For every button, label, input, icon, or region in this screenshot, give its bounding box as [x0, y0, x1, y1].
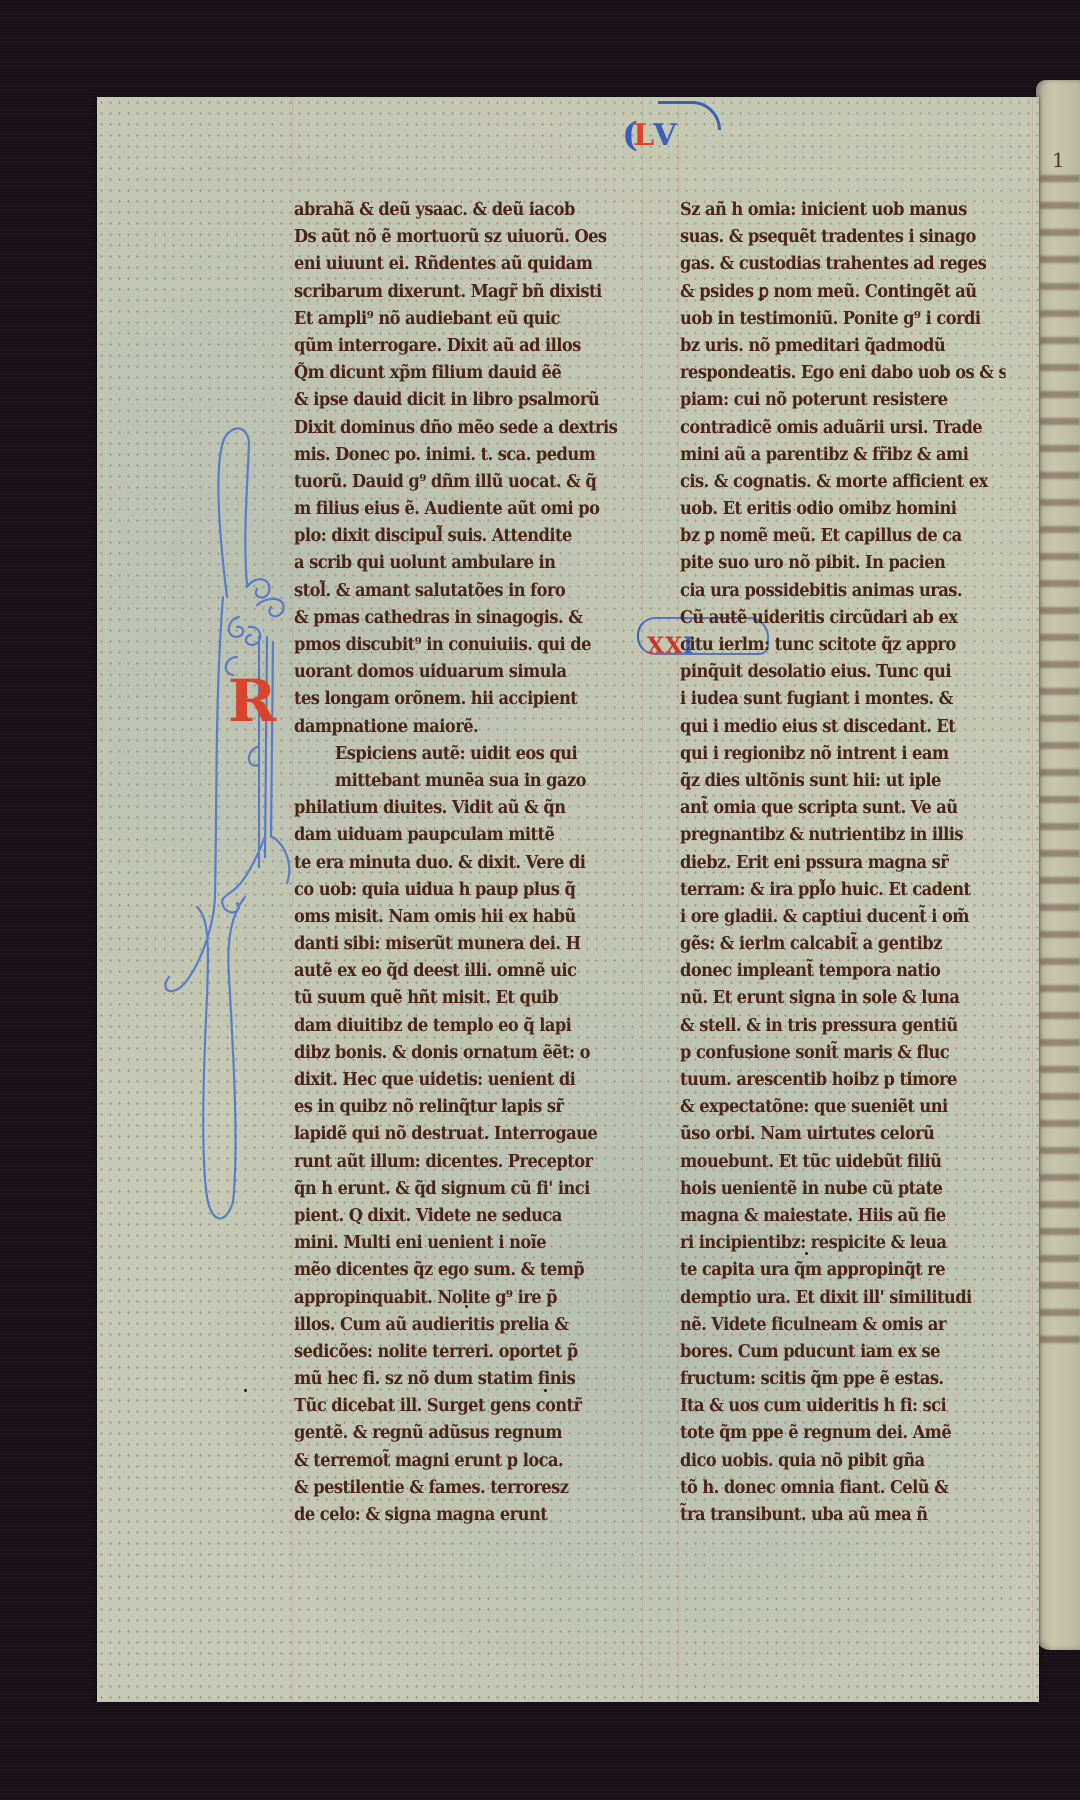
- text-line: abrahã & deũ ysaac. & deũ iacob: [294, 197, 620, 224]
- text-line: pregnantibz & nutrientibz in illis: [680, 822, 1006, 849]
- text-line: mẽo dicentes q̃z ego sum. & temp̃: [294, 1257, 620, 1284]
- manuscript-leaf: ( L V XXI R abrahã & deũ ysaac. & d: [97, 97, 1039, 1702]
- text-line: lapidẽ qui nõ destruat. Interrogaue: [294, 1121, 620, 1148]
- text-line: i iudea sunt fugiant i montes. &: [680, 686, 1006, 713]
- text-line: eni uiuunt ei. Rñdentes aũ quidam: [294, 251, 620, 278]
- text-line: mittebant munẽa sua in gazo: [294, 768, 620, 795]
- text-line: qũm interrogare. Dixit aũ ad illos: [294, 333, 620, 360]
- text-line: q̃z dies ultõnis sunt hii: ut iple: [680, 768, 1006, 795]
- text-line: philatium diuites. Vidit aũ & q̃n: [294, 795, 620, 822]
- text-line: Dixit dominus dño mẽo sede a dextris: [294, 415, 620, 442]
- text-line: m filius eius ẽ. Audiente aũt omi po: [294, 496, 620, 523]
- text-line: suas. & psequẽt tradentes i sinago: [680, 224, 1006, 251]
- text-line: qui i regionibz nõ intrent i eam: [680, 741, 1006, 768]
- text-line: te era minuta duo. & dixit. Vere di: [294, 850, 620, 877]
- text-line: Espiciens autẽ: uidit eos qui: [294, 741, 620, 768]
- text-line: dampnatione maiorẽ.: [294, 714, 620, 741]
- text-line: autẽ ex eo q̃d deest illi. omnẽ uic: [294, 958, 620, 985]
- chapter-number-xx: XX: [647, 633, 683, 659]
- text-line: mis. Donec po. inimi. t. sca. pedum: [294, 442, 620, 469]
- text-line: tũ suum quẽ hñt misit. Et quib: [294, 985, 620, 1012]
- flourish-icon: [658, 101, 721, 130]
- text-line: Cũ autẽ uideritis circũdari ab ex: [680, 605, 1006, 632]
- text-line: Ita & uos cum uideritis h fi: sci: [680, 1393, 1006, 1420]
- text-line: demptio ura. Et dixit ill' similitudi: [680, 1285, 1006, 1312]
- text-line: oms misit. Nam omis hii ex habũ: [294, 904, 620, 931]
- text-line: pmos discubit⁹ in conuiuiis. qui de: [294, 632, 620, 659]
- adjacent-leaf-edge: 1: [1036, 80, 1080, 1650]
- text-line: uorant domos uiduarum simula: [294, 659, 620, 686]
- text-line: tuum. arescentib hoibz p timore: [680, 1067, 1006, 1094]
- text-line: tes longam orõnem. hii accipient: [294, 686, 620, 713]
- text-line: co uob: quia uidua h paup plus q̃: [294, 877, 620, 904]
- ink-speck: [544, 1389, 547, 1392]
- text-line: dico uobis. quia nõ pibit gña: [680, 1448, 1006, 1475]
- text-line: pient. Q dixit. Videte ne seduca: [294, 1203, 620, 1230]
- ruling-line: [292, 97, 293, 1702]
- text-line: plo: dixit discipul̃ suis. Attendite: [294, 523, 620, 550]
- text-line: ri incipientibz: respicite & leua: [680, 1230, 1006, 1257]
- text-line: diebz. Erit eni pssura magna sr̃: [680, 850, 1006, 877]
- text-line: gas. & custodias trahentes ad reges: [680, 251, 1006, 278]
- text-line: Sz añ h omia: inicient uob manus: [680, 197, 1006, 224]
- text-line: mini. Multi eni uenient i noĩe: [294, 1230, 620, 1257]
- text-line: Ds aũt nõ ẽ mortuorũ sz uiuorũ. Oes: [294, 224, 620, 251]
- text-line: & terremot̃ magni erunt p loca.: [294, 1448, 620, 1475]
- text-line: dam uiduam paupculam mittẽ: [294, 822, 620, 849]
- text-line: bz ꝑ nomẽ meũ. Et capillus de ca: [680, 523, 1006, 550]
- text-line: bores. Cum pducunt iam ex se: [680, 1339, 1006, 1366]
- text-line: i ore gladii. & captiui ducent̃ i om̃: [680, 904, 1006, 931]
- text-line: & expectatõne: que sueniẽt uni: [680, 1094, 1006, 1121]
- text-line: ant̃ omia que scripta sunt. Ve aũ: [680, 795, 1006, 822]
- ink-speck: [805, 1252, 808, 1255]
- text-line: magna & maiestate. Hiis aũ fie: [680, 1203, 1006, 1230]
- ink-speck: [465, 1305, 468, 1308]
- text-line: danti sibi: miserũt munera dei. H: [294, 931, 620, 958]
- text-line: cia ura possidebitis animas uras.: [680, 578, 1006, 605]
- text-line: a scrib qui uolunt ambulare in: [294, 550, 620, 577]
- text-line: & pestilentie & fames. terroresz: [294, 1475, 620, 1502]
- ruling-line: [1032, 97, 1033, 1702]
- text-line: ũso orbi. Nam uirtutes celorũ: [680, 1121, 1006, 1148]
- text-line: illos. Cum aũ audieritis prelia &: [294, 1312, 620, 1339]
- ruling-line: [678, 97, 679, 1702]
- text-line: nẽ. Videte ficulneam & omis ar: [680, 1312, 1006, 1339]
- text-line: uob. Et eritis odio omibz homini: [680, 496, 1006, 523]
- text-line: mini aũ a parentibz & fr̃ibz & ami: [680, 442, 1006, 469]
- text-line: tõ h. donec omnia fiant. Celũ &: [680, 1475, 1006, 1502]
- text-line: gẽs: & ierlm calcabit̃ a gentibz: [680, 931, 1006, 958]
- text-line: & stell. & in tris pressura gentiũ: [680, 1013, 1006, 1040]
- text-line: terram: & ira ppl̃o huic. Et cadent: [680, 877, 1006, 904]
- text-line: pite suo uro nõ pibit. In pacien: [680, 550, 1006, 577]
- text-line: Tũc dicebat ill. Surget gens contr̃: [294, 1393, 620, 1420]
- text-line: piam: cui nõ poterunt resistere: [680, 387, 1006, 414]
- text-line: pinq̃uit desolatio eius. Tunc qui: [680, 659, 1006, 686]
- text-line: hois uenientẽ in nube cũ ptate: [680, 1176, 1006, 1203]
- text-line: donec impleant̃ tempora natio: [680, 958, 1006, 985]
- text-line: Et ampli⁹ nõ audiebant eũ quic: [294, 306, 620, 333]
- text-line: respondeatis. Ego eni dabo uob os & sa: [680, 360, 1006, 387]
- ink-speck: [244, 1389, 247, 1392]
- text-line: mũ hec fi. sz nõ dum statim finis: [294, 1366, 620, 1393]
- running-head-l: L: [633, 118, 653, 153]
- text-line: t̃ra transibunt. uba aũ mea ñ: [680, 1502, 1006, 1529]
- text-column-right: Sz añ h omia: inicient uob manus suas. &…: [680, 197, 1030, 1529]
- text-line: Q̃m dicunt xp̃m filium dauid ẽẽ: [294, 360, 620, 387]
- text-column-left: abrahã & deũ ysaac. & deũ iacob Ds aũt n…: [294, 197, 644, 1529]
- text-line: stol̃. & amant salutatões in foro: [294, 578, 620, 605]
- text-line: gentẽ. & regnũ adũsus regnum: [294, 1420, 620, 1447]
- text-line: dam diuitibz de templo eo q̃ lapi: [294, 1013, 620, 1040]
- text-line: tuorũ. Dauid g⁹ dñm illũ uocat. & q̃: [294, 469, 620, 496]
- text-line: cis. & cognatis. & morte afficient ex: [680, 469, 1006, 496]
- text-line: & ipse dauid dicit in libro psalmorũ: [294, 387, 620, 414]
- adjacent-leaf-text: [1040, 175, 1080, 1345]
- running-head: ( L V: [622, 115, 675, 155]
- text-line: appropinquabit. Nolite g⁹ ire p̃: [294, 1285, 620, 1312]
- text-line: qui i medio eius st discedant. Et: [680, 714, 1006, 741]
- text-line: & psides ꝑ nom meũ. Contingẽt aũ: [680, 279, 1006, 306]
- text-line: sedicões: nolite terreri. oportet p̃: [294, 1339, 620, 1366]
- text-line: de celo: & signa magna erunt: [294, 1502, 620, 1529]
- text-line: nũ. Et erunt signa in sole & luna: [680, 985, 1006, 1012]
- text-line: scribarum dixerunt. Magr̃ bñ dixisti: [294, 279, 620, 306]
- text-line: uob in testimoniũ. Ponite g⁹ i cordi: [680, 306, 1006, 333]
- text-line: tote q̃m ppe ẽ regnum dei. Amẽ: [680, 1420, 1006, 1447]
- text-line: mouebunt. Et tũc uidebũt filiũ: [680, 1149, 1006, 1176]
- text-line: citu ierlm: tunc scitote q̃z appro: [680, 632, 1006, 659]
- text-line: dixit. Hec que uidetis: uenient di: [294, 1067, 620, 1094]
- text-line: p confusione sonit̃ maris & fluc: [680, 1040, 1006, 1067]
- text-line: dibz bonis. & donis ornatum ẽẽt: o: [294, 1040, 620, 1067]
- text-line: bz uris. nõ pmeditari q̃admodũ: [680, 333, 1006, 360]
- text-line: fructum: scitis q̃m ppe ẽ estas.: [680, 1366, 1006, 1393]
- text-line: te capita ura q̃m appropinq̃t re: [680, 1257, 1006, 1284]
- folio-number-ghost: 1: [1052, 148, 1065, 172]
- decorated-initial-r: R: [228, 671, 272, 731]
- text-line: runt aũt illum: dicentes. Preceptor: [294, 1149, 620, 1176]
- text-line: q̃n h erunt. & q̃d signum cũ fi' inci: [294, 1176, 620, 1203]
- text-line: contradicẽ omis aduãrii ursi. Trade: [680, 415, 1006, 442]
- text-line: es in quibz nõ relinq̃tur lapis sr̃: [294, 1094, 620, 1121]
- text-line: & pmas cathedras in sinagogis. &: [294, 605, 620, 632]
